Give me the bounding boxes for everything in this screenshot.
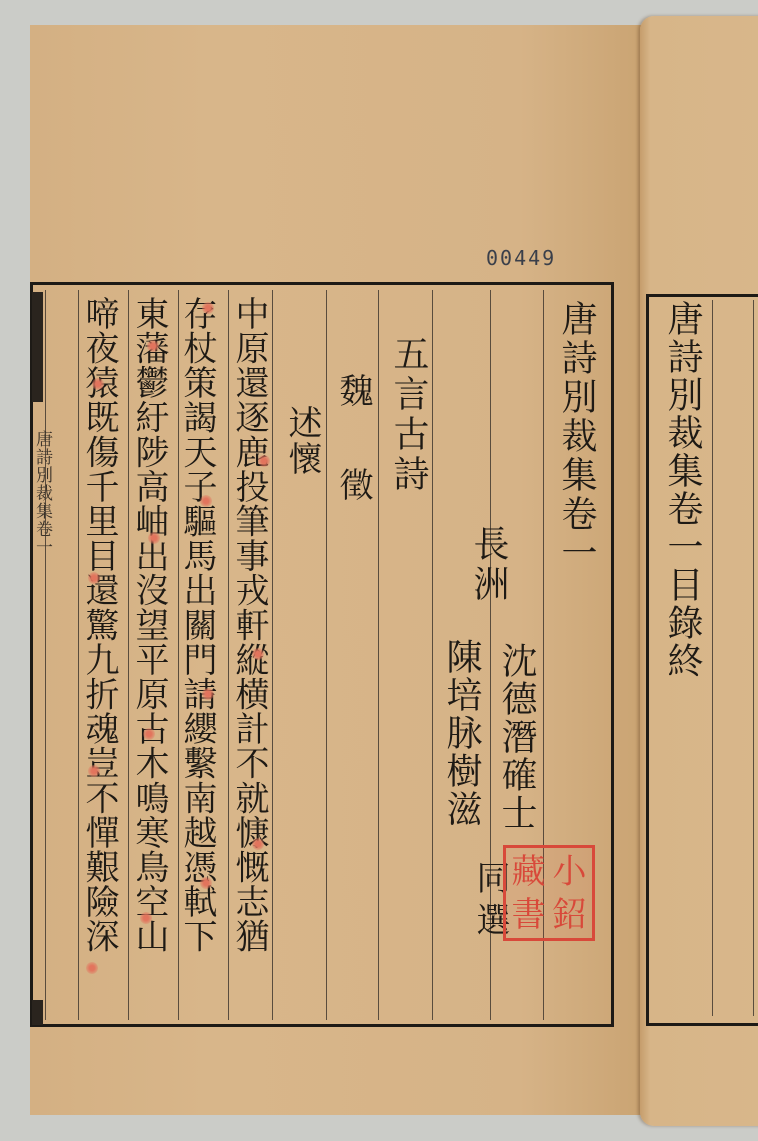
catalog-end-text: 唐詩別裁集卷一目錄終 [664,300,700,680]
catalog-number: 00449 [486,246,556,270]
red-punctuation-mark [200,877,212,889]
poem-column-4: 啼夜猿既傷千里目還驚九折魂豈不憚艱險深 [82,296,116,953]
red-punctuation-mark [200,495,212,507]
banxin-fish-tail-bottom [32,1000,43,1025]
seal-char: 書 [508,893,549,936]
column-rule [272,290,273,1020]
seal-char: 小 [549,850,590,893]
red-punctuation-mark [148,532,160,544]
red-punctuation-mark [202,302,214,314]
banxin-fish-tail-top [32,292,43,402]
red-punctuation-mark [252,648,264,660]
poem-column-3: 東藩鬱紆陟高岫出沒望平原古木鳴寒鳥空山 [132,296,166,953]
red-punctuation-mark [202,688,214,700]
poem-title: 述懷 [285,405,319,477]
seal-char: 鉊 [549,893,590,936]
volume-title: 唐詩別裁集卷一 [558,300,594,573]
red-punctuation-mark [92,378,104,390]
column-rule [378,290,379,1020]
column-rule [326,290,327,1020]
editor-place: 長洲 [470,525,506,605]
red-punctuation-mark [86,962,98,974]
red-punctuation-mark [140,912,152,924]
column-rule [45,290,46,1020]
red-punctuation-mark [258,455,270,467]
genre-heading: 五言古詩 [390,335,426,495]
column-rule [432,290,433,1020]
banxin-title: 唐詩別裁集卷一 [30,430,55,556]
red-punctuation-mark [147,340,159,352]
editor-primary: 沈德潛確士 [498,642,534,832]
poet-name: 魏 徵 [336,373,370,511]
red-punctuation-mark [143,728,155,740]
column-rule [753,300,754,1016]
red-punctuation-mark [88,765,100,777]
red-punctuation-mark [88,572,100,584]
poem-column-2: 存杖策謁天子驅馬出關門請纓繫南越憑軾下 [180,296,214,953]
column-rule [712,300,713,1016]
red-punctuation-mark [252,838,264,850]
poem-column-1: 中原還逐鹿投筆事戎軒縱横計不就慷慨志猶 [232,296,266,953]
editor-role: 同選 [473,860,507,944]
collector-seal: 藏 小 書 鉊 [503,845,595,941]
seal-char: 藏 [508,850,549,893]
editor-secondary: 陳培脉樹滋 [443,638,479,828]
